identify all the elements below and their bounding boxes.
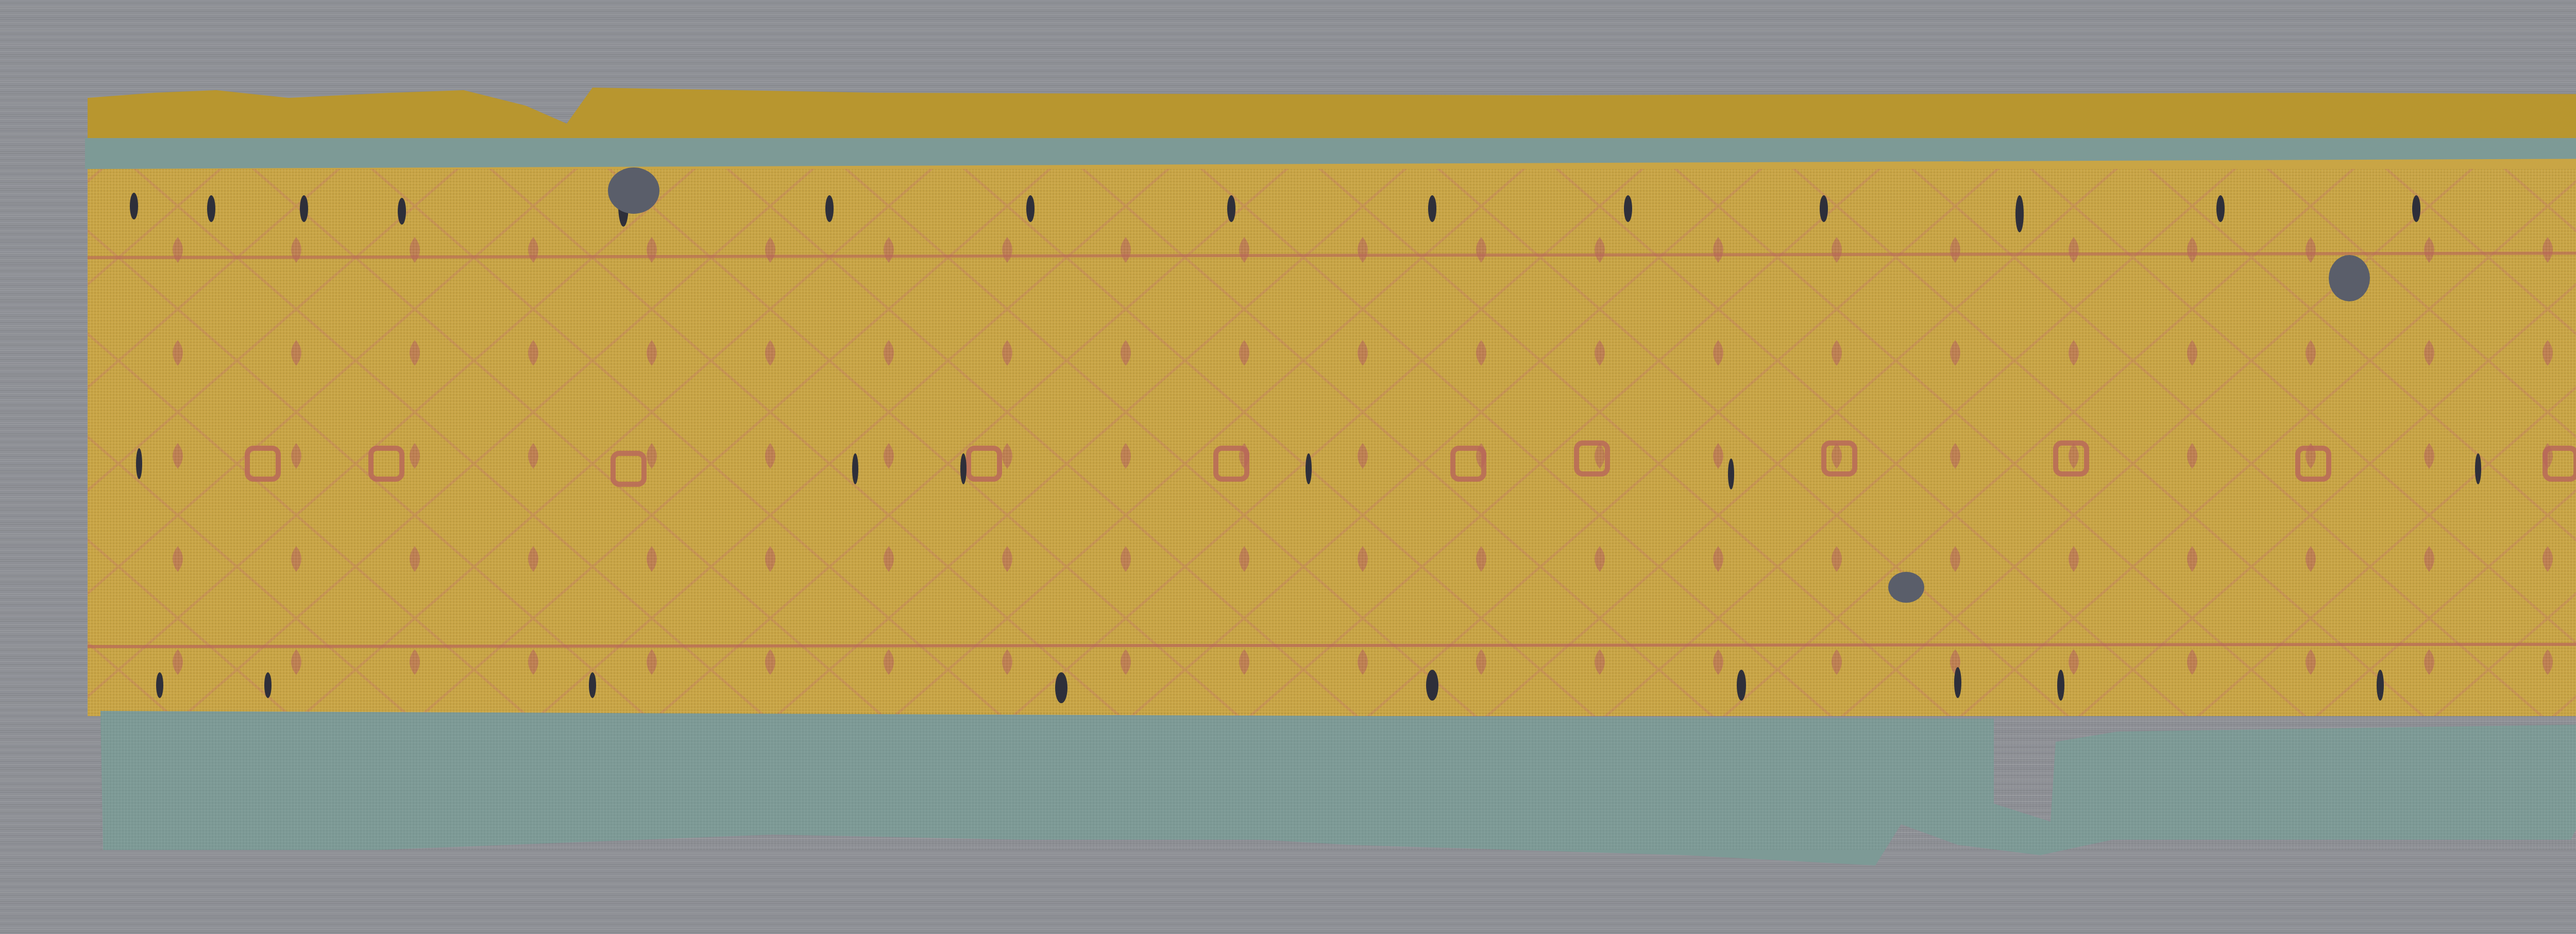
textile-fragment [0, 0, 2576, 934]
